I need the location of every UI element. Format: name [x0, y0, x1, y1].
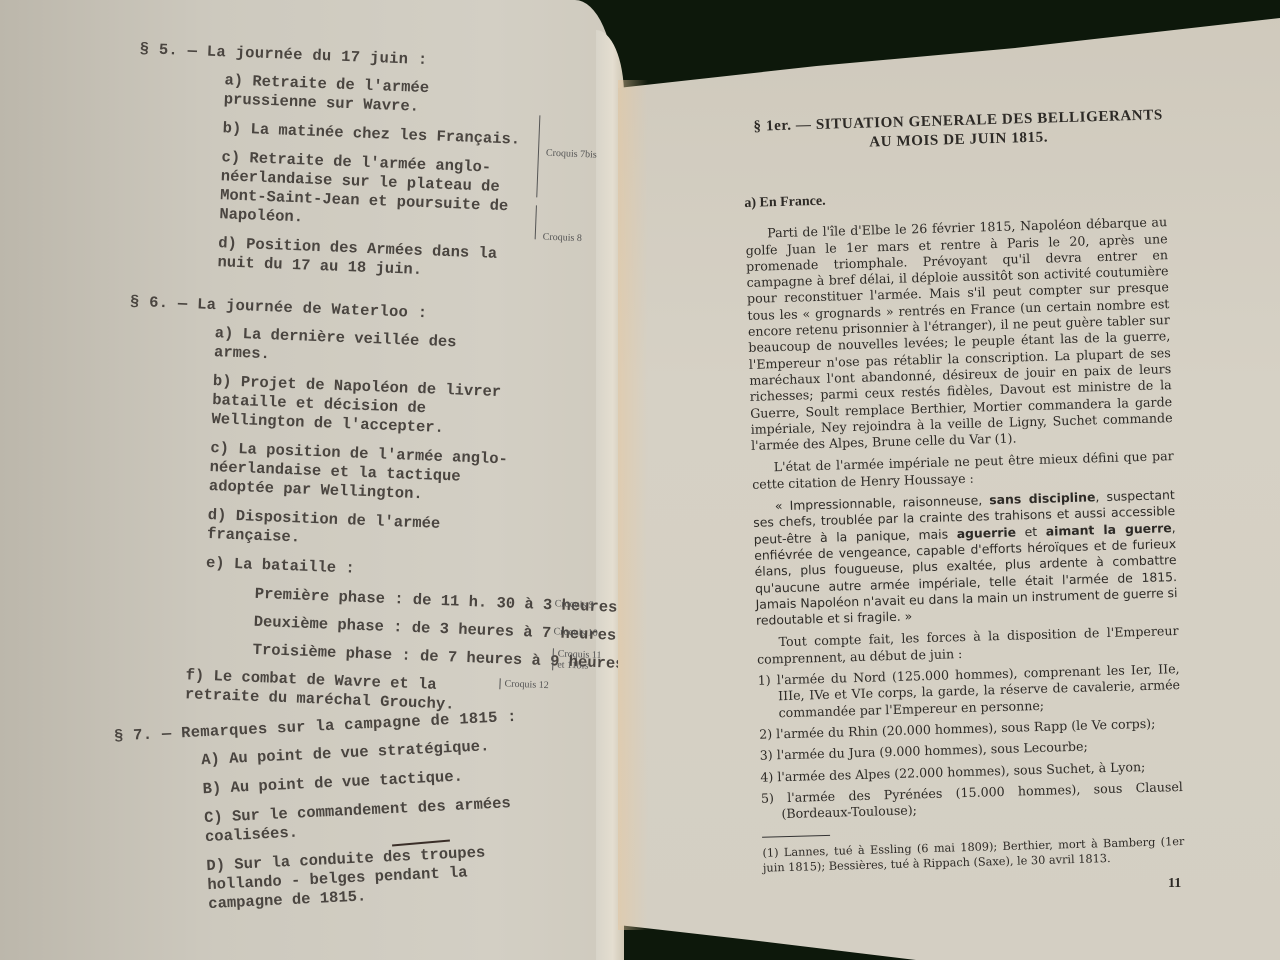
item-text: La position de l'armée anglo-néerlandais…: [209, 440, 509, 503]
list-item: b) La matinée chez les Français.: [222, 119, 523, 150]
item-text: La dernière veillée des armes.: [214, 325, 457, 363]
list-item: d) Disposition de l'armée française.: [207, 506, 508, 555]
list-item: e) La bataille :: [206, 554, 507, 585]
item-text: La bataille :: [234, 555, 356, 578]
list-item: a) La dernière veillée des armes.: [214, 324, 515, 373]
phase-line: Deuxième phase : de 3 heures à 7 heures.…: [253, 613, 577, 643]
item-label: c): [221, 148, 240, 167]
left-page-content: § 5. — La journée du 17 juin : a) Retrai…: [106, 40, 600, 954]
list-item: C) Sur le commandement des armées coalis…: [204, 793, 535, 847]
item-label: b): [213, 372, 232, 391]
list-item: B) Au point de vue tactique.: [202, 766, 503, 800]
section-7: § 7. — Remarques sur la campagne de 1815…: [114, 705, 583, 918]
item-label: a): [224, 71, 243, 90]
list-item: A) Au point de vue stratégique.: [201, 737, 502, 771]
item-text: Au point de vue stratégique.: [229, 737, 490, 768]
item-text: La matinée chez les Français.: [250, 120, 520, 148]
croquis-label: Croquis 12: [499, 678, 549, 691]
item-label: B): [202, 779, 221, 798]
item-label: d): [218, 234, 237, 253]
list-item: a) Retraite de l'armée prussienne sur Wa…: [223, 71, 524, 120]
croquis-label: Croquis 11 et 11bis: [552, 648, 608, 672]
item-text: Sur le commandement des armées coalisées…: [205, 794, 512, 846]
quote-emphasis: aimant la guerre: [1046, 520, 1172, 539]
item-text: Retraite de l'armée anglo-néerlandaise s…: [219, 149, 509, 226]
brace: [536, 115, 540, 197]
forces-list: 1) l'armée du Nord (125.000 hommes), com…: [757, 661, 1183, 823]
list-item: d) Position des Armées dans la nuit du 1…: [217, 234, 518, 283]
item-label: f): [185, 666, 204, 685]
item-label: a): [214, 324, 233, 343]
section-heading: § 7. — Remarques sur la campagne de 1815…: [114, 705, 574, 745]
item-text: Projet de Napoléon de livrer bataille et…: [211, 373, 501, 437]
item-text: Sur la conduite des troupes hollando - b…: [207, 843, 486, 913]
page-number: 11: [1168, 876, 1181, 892]
list-item: D) Sur la conduite des troupes hollando …: [206, 841, 528, 914]
item-label: A): [201, 750, 220, 769]
list-item: c) La position de l'armée anglo-néerland…: [209, 439, 511, 507]
item-label: b): [222, 119, 241, 138]
list-item: b) Projet de Napoléon de livrer bataille…: [211, 372, 513, 440]
croquis-label: Croquis 8: [543, 232, 583, 244]
section-5: § 5. — La journée du 17 juin : a) Retrai…: [131, 40, 599, 286]
phase-line: Première phase : de 11 h. 30 à 3 heures.…: [254, 585, 578, 615]
section-6: § 6. — La journée de Waterloo : a) La de…: [115, 293, 590, 719]
item-text: Le combat de Wavre et la retraite du mar…: [185, 667, 455, 713]
footnote-rule: [762, 835, 830, 838]
item-text: Position des Armées dans la nuit du 17 a…: [217, 235, 497, 279]
item-label: e): [206, 554, 225, 573]
section-heading: § 6. — La journée de Waterloo :: [130, 293, 590, 329]
paragraph: Tout compte fait, les forces à la dispos…: [756, 623, 1179, 667]
list-item: f) Le combat de Wavre et la retraite du …: [185, 666, 486, 715]
paragraph: L'état de l'armée impériale ne peut être…: [752, 449, 1175, 493]
item-text: Disposition de l'armée française.: [207, 507, 441, 546]
brace: [535, 205, 537, 239]
item-label: D): [206, 856, 225, 875]
quote-emphasis: aguerrie: [956, 524, 1016, 541]
item-label: d): [207, 506, 226, 525]
right-page-content: § 1er. — SITUATION GENERALE DES BELLIGER…: [742, 106, 1185, 876]
item-text: Retraite de l'armée prussienne sur Wavre…: [223, 72, 429, 115]
quote-text: et: [1016, 523, 1046, 539]
item-text: Au point de vue tactique.: [230, 767, 463, 796]
phase-line: Troisième phase : de 7 heures à 9 heures…: [252, 641, 576, 671]
quotation: « Impressionnable, raisonneuse, sans dis…: [753, 487, 1178, 629]
item-label: C): [204, 808, 223, 827]
item-label: c): [210, 439, 229, 458]
list-item: 5) l'armée des Pyrénées (15.000 hommes),…: [761, 779, 1184, 823]
list-item: 1) l'armée du Nord (125.000 hommes), com…: [757, 661, 1180, 722]
croquis-label: Croquis 9: [554, 598, 594, 610]
gutter-shadow: [618, 80, 648, 930]
quote-emphasis: sans discipline: [989, 489, 1096, 507]
croquis-label: Croquis 7bis: [546, 148, 597, 161]
paragraph: Parti de l'île d'Elbe le 26 février 1815…: [745, 214, 1173, 454]
croquis-label: Croquis 10: [553, 626, 598, 639]
list-item: c) Retraite de l'armée anglo-néerlandais…: [219, 148, 532, 236]
subheading: a) En France.: [744, 184, 1166, 212]
